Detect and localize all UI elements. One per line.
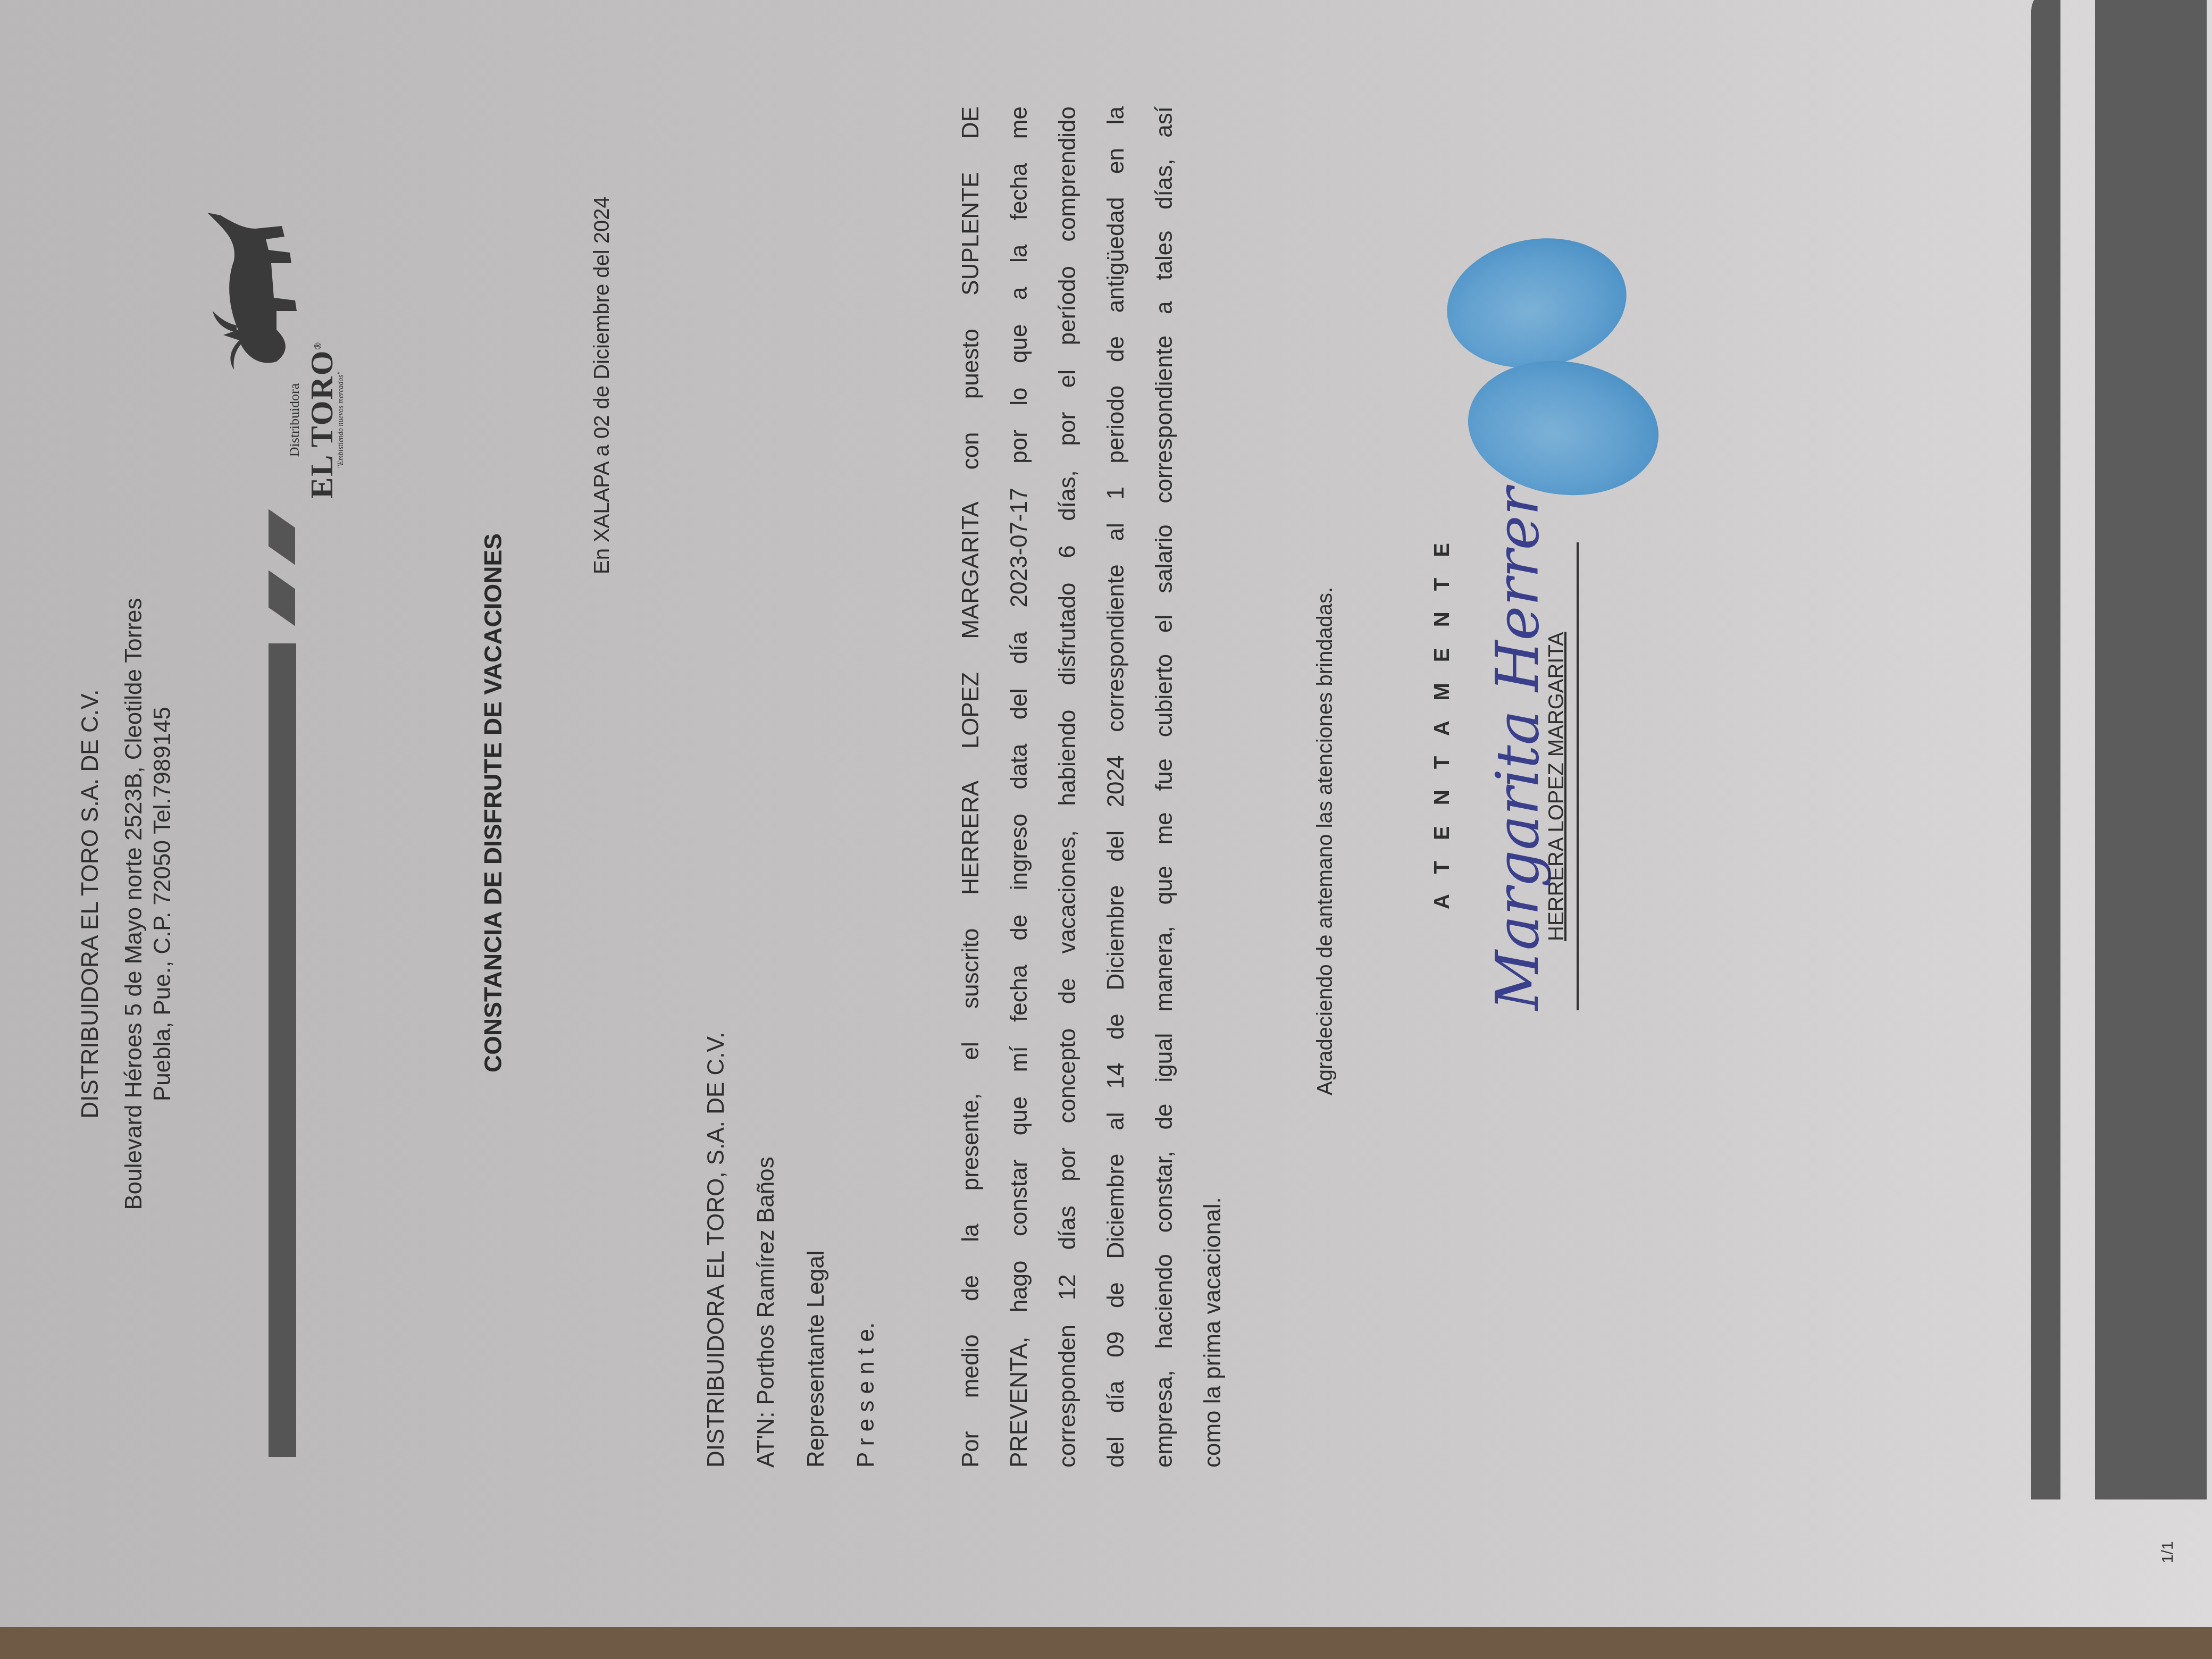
- signature-line: [1577, 542, 1579, 1010]
- closing-thanks: Agradeciendo de antemano las atenciones …: [1313, 587, 1337, 1095]
- decorative-bar-segment: [269, 509, 295, 565]
- letter-page: DISTRIBUIDORA EL TORO S.A. DE C.V. Boule…: [0, 0, 2212, 1627]
- footer-block: [2095, 0, 2207, 1499]
- closing-salutation: A T E N T A M E N T E: [1430, 535, 1454, 909]
- address-line-2: Puebla, Pue., C.P. 72050 Tel.7989145: [148, 181, 177, 1627]
- company-logo: Distribuidora EL TORO® "Embistiendo nuev…: [197, 202, 346, 500]
- fingerprint-icon: [1437, 224, 1637, 381]
- letterhead-address: Boulevard Héroes 5 de Mayo norte 2523B, …: [120, 181, 177, 1627]
- page-number: 1/1: [2159, 1541, 2177, 1563]
- addressee-company: DISTRIBUIDORA EL TORO, S.A. DE C.V.: [691, 1032, 741, 1468]
- addressee-block: DISTRIBUIDORA EL TORO, S.A. DE C.V. AT'N…: [691, 1032, 891, 1468]
- body-line: corresponden 12 días por concepto de vac…: [1043, 106, 1092, 1468]
- address-line-1: Boulevard Héroes 5 de Mayo norte 2523B, …: [120, 181, 148, 1627]
- addressee-role: Representante Legal: [791, 1032, 841, 1468]
- footer-bar: [2031, 0, 2060, 1499]
- place-date: En XALAPA a 02 de Diciembre del 2024: [590, 196, 614, 574]
- body-line: empresa, haciendo constar, de igual mane…: [1140, 106, 1188, 1468]
- decorative-bar-segment: [269, 570, 295, 626]
- addressee-greeting: P r e s e n t e.: [841, 1032, 891, 1468]
- body-line: PREVENTA, hago constar que mí fecha de i…: [995, 106, 1043, 1468]
- body-paragraph: Por medio de la presente, el suscrito HE…: [946, 106, 1237, 1468]
- signer-name: HERRERA LOPEZ MARGARITA: [1545, 632, 1569, 941]
- body-line: como la prima vacacional.: [1188, 106, 1237, 1468]
- body-line: del día 09 de Diciembre al 14 de Diciemb…: [1092, 106, 1140, 1468]
- addressee-attention: AT'N: Porthos Ramírez Baños: [741, 1032, 791, 1468]
- decorative-bar: [269, 643, 296, 1457]
- letterhead-company: DISTRIBUIDORA EL TORO S.A. DE C.V.: [77, 532, 104, 1276]
- paper-sheet: DISTRIBUIDORA EL TORO S.A. DE C.V. Boule…: [0, 0, 2212, 1627]
- document-title: CONSTANCIA DE DISFRUTE DE VACACIONES: [479, 457, 507, 1149]
- body-line: Por medio de la presente, el suscrito HE…: [946, 106, 995, 1468]
- logo-wordmark: Distribuidora EL TORO® "Embistiendo nuev…: [287, 340, 346, 500]
